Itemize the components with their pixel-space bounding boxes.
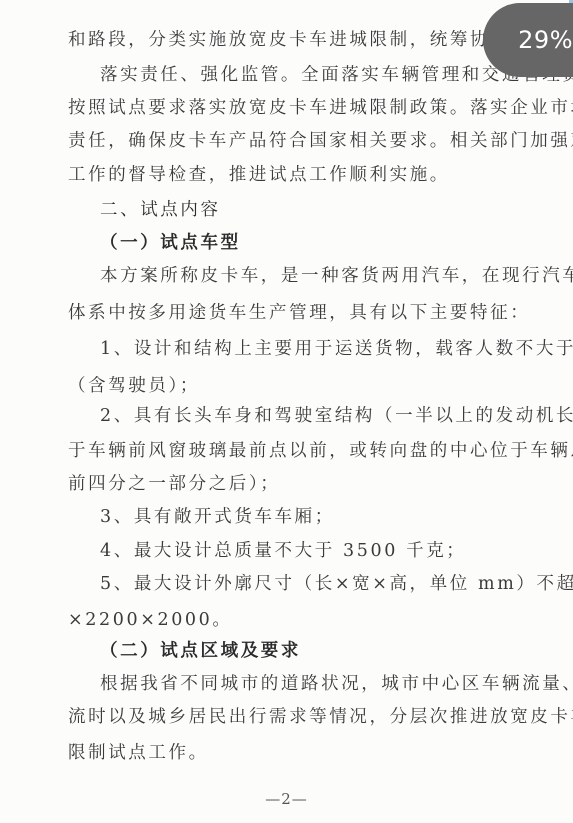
text-line: 限制试点工作。 [68, 742, 209, 764]
list-item: 5、最大设计外廓尺寸（长×宽×高，单位 mm）不超过 6000 [100, 573, 573, 595]
text-line: 流时以及城乡居民出行需求等情况，分层次推进放宽皮卡车进城 [68, 706, 573, 728]
progress-percentage: 29% [518, 26, 573, 54]
text-line: 按照试点要求落实放宽皮卡车进城限制政策。落实企业市场主体 [68, 97, 573, 119]
text-line: 本方案所称皮卡车，是一种客货两用汽车，在现行汽车标准 [100, 265, 573, 287]
text-line: （含驾驶员）； [68, 375, 200, 397]
text-line: ×2200×2000。 [68, 609, 233, 631]
list-item: 1、设计和结构上主要用于运送货物，载客人数不大于 5 人 [100, 338, 573, 360]
list-item: 3、具有敞开式货车车厢； [100, 506, 335, 528]
text-line: 体系中按多用途货车生产管理，具有以下主要特征： [68, 302, 530, 324]
text-line: 前四分之一部分之后）； [68, 473, 280, 495]
text-line: 责任，确保皮卡车产品符合国家相关要求。相关部门加强对试点 [68, 130, 573, 152]
text-line: 于车辆前风窗玻璃最前点以前，或转向盘的中心位于车辆总长的 [68, 440, 573, 462]
document-page: 和路段，分类实施放宽皮卡车进城限制，统筹协调推进试点 落实责任、强化监管。全面落… [0, 0, 573, 823]
subsection-heading: （二）试点区域及要求 [100, 640, 301, 662]
list-item: 4、最大设计总质量不大于 3500 千克； [100, 540, 466, 562]
section-heading: 二、试点内容 [100, 199, 221, 221]
text-line: 根据我省不同城市的道路状况，城市中心区车辆流量、流向、 [100, 673, 573, 695]
list-item: 2、具有长头车身和驾驶室结构（一半以上的发动机长度位 [100, 405, 573, 427]
text-line: 工作的督导检查，推进试点工作顺利实施。 [68, 164, 450, 186]
reading-progress-badge[interactable]: 29% [483, 3, 573, 77]
page-number: —2— [0, 790, 573, 808]
subsection-heading: （一）试点车型 [100, 232, 241, 254]
